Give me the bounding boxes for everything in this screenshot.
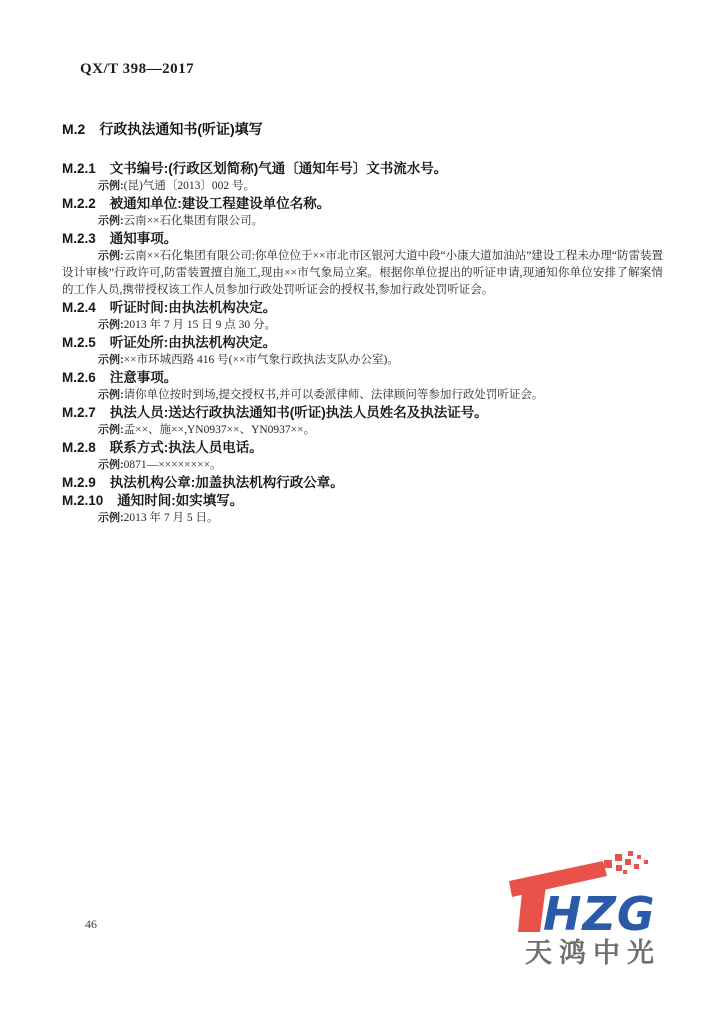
clause-number: M.2.2 bbox=[62, 196, 96, 211]
clause-number: M.2.8 bbox=[62, 440, 96, 455]
example-label: 示例: bbox=[98, 354, 124, 366]
example-text: 孟××、施××,YN0937××、YN0937××。 bbox=[124, 424, 315, 436]
clause-example: 示例:2013 年 7 月 15 日 9 点 30 分。 bbox=[62, 317, 663, 334]
clause-number: M.2.10 bbox=[62, 493, 103, 508]
clause-text: 执法人员:送达行政执法通知书(听证)执法人员姓名及执法证号。 bbox=[110, 405, 488, 420]
section-number: M.2 bbox=[62, 121, 85, 137]
clause-item: M.2.9执法机构公章:加盖执法机构行政公章。 bbox=[62, 474, 663, 492]
clause-text: 注意事项。 bbox=[110, 370, 178, 385]
clause-title: M.2.2被通知单位:建设工程建设单位名称。 bbox=[62, 195, 663, 213]
clause-list: M.2.1文书编号:(行政区划简称)气通〔通知年号〕文书流水号。 示例:(昆)气… bbox=[62, 160, 663, 527]
clause-title: M.2.3通知事项。 bbox=[62, 230, 663, 248]
clause-number: M.2.4 bbox=[62, 300, 96, 315]
clause-item: M.2.10通知时间:如实填写。 示例:2013 年 7 月 5 日。 bbox=[62, 492, 663, 527]
clause-example: 示例:云南××石化集团有限公司。 bbox=[62, 213, 663, 230]
section-heading: M.2行政执法通知书(听证)填写 bbox=[62, 119, 263, 139]
clause-item: M.2.2被通知单位:建设工程建设单位名称。 示例:云南××石化集团有限公司。 bbox=[62, 195, 663, 230]
standard-number-header: QX/T 398—2017 bbox=[80, 61, 194, 78]
clause-title: M.2.7执法人员:送达行政执法通知书(听证)执法人员姓名及执法证号。 bbox=[62, 404, 663, 422]
clause-title: M.2.5听证处所:由执法机构决定。 bbox=[62, 334, 663, 352]
example-text: 2013 年 7 月 5 日。 bbox=[124, 512, 219, 524]
clause-text: 执法机构公章:加盖执法机构行政公章。 bbox=[110, 475, 344, 490]
clause-example: 示例:孟××、施××,YN0937××、YN0937××。 bbox=[62, 422, 663, 439]
section-title: 行政执法通知书(听证)填写 bbox=[99, 121, 262, 137]
clause-title: M.2.1文书编号:(行政区划简称)气通〔通知年号〕文书流水号。 bbox=[62, 160, 663, 178]
example-text: 2013 年 7 月 15 日 9 点 30 分。 bbox=[124, 319, 276, 331]
page-number: 46 bbox=[85, 917, 97, 932]
clause-example: 示例:2013 年 7 月 5 日。 bbox=[62, 510, 663, 527]
clause-number: M.2.3 bbox=[62, 231, 96, 246]
clause-item: M.2.6注意事项。 示例:请你单位按时到场,提交授权书,并可以委派律师、法律顾… bbox=[62, 369, 663, 404]
clause-item: M.2.8联系方式:执法人员电话。 示例:0871—××××××××。 bbox=[62, 439, 663, 474]
example-label: 示例: bbox=[98, 424, 124, 436]
example-text: ××市环城西路 416 号(××市气象行政执法支队办公室)。 bbox=[124, 354, 399, 366]
clause-text: 文书编号:(行政区划简称)气通〔通知年号〕文书流水号。 bbox=[110, 161, 448, 176]
clause-example: 示例:(昆)气通〔2013〕002 号。 bbox=[62, 178, 663, 195]
clause-item: M.2.5听证处所:由执法机构决定。 示例:××市环城西路 416 号(××市气… bbox=[62, 334, 663, 369]
clause-title: M.2.6注意事项。 bbox=[62, 369, 663, 387]
clause-example: 示例:云南××石化集团有限公司:你单位位于××市北市区银河大道中段“小康大道加油… bbox=[62, 248, 663, 299]
clause-title: M.2.4听证时间:由执法机构决定。 bbox=[62, 299, 663, 317]
example-label: 示例: bbox=[98, 459, 124, 471]
clause-text: 听证处所:由执法机构决定。 bbox=[110, 335, 277, 350]
clause-number: M.2.5 bbox=[62, 335, 96, 350]
logo-acronym: HZG bbox=[543, 887, 656, 941]
example-label: 示例: bbox=[98, 180, 124, 192]
clause-example: 示例:××市环城西路 416 号(××市气象行政执法支队办公室)。 bbox=[62, 352, 663, 369]
clause-number: M.2.7 bbox=[62, 405, 96, 420]
clause-example: 示例:0871—××××××××。 bbox=[62, 457, 663, 474]
clause-example: 示例:请你单位按时到场,提交授权书,并可以委派律师、法律顾问等参加行政处罚听证会… bbox=[62, 387, 663, 404]
clause-text: 联系方式:执法人员电话。 bbox=[110, 440, 263, 455]
example-label: 示例: bbox=[98, 512, 124, 524]
example-text: 0871—××××××××。 bbox=[124, 459, 222, 471]
clause-text: 通知事项。 bbox=[110, 231, 178, 246]
clause-item: M.2.4听证时间:由执法机构决定。 示例:2013 年 7 月 15 日 9 … bbox=[62, 299, 663, 334]
example-label: 示例: bbox=[98, 215, 124, 227]
example-label: 示例: bbox=[98, 319, 124, 331]
clause-title: M.2.10通知时间:如实填写。 bbox=[62, 492, 663, 510]
clause-number: M.2.1 bbox=[62, 161, 96, 176]
example-text: 请你单位按时到场,提交授权书,并可以委派律师、法律顾问等参加行政处罚听证会。 bbox=[124, 389, 544, 401]
example-text: 云南××石化集团有限公司:你单位位于××市北市区银河大道中段“小康大道加油站”建… bbox=[62, 250, 663, 296]
clause-number: M.2.9 bbox=[62, 475, 96, 490]
clause-title: M.2.8联系方式:执法人员电话。 bbox=[62, 439, 663, 457]
clause-text: 通知时间:如实填写。 bbox=[117, 493, 243, 508]
clause-text: 听证时间:由执法机构决定。 bbox=[110, 300, 277, 315]
example-label: 示例: bbox=[98, 389, 124, 401]
clause-text: 被通知单位:建设工程建设单位名称。 bbox=[110, 196, 331, 211]
example-text: (昆)气通〔2013〕002 号。 bbox=[124, 180, 255, 192]
example-label: 示例: bbox=[98, 250, 124, 262]
clause-item: M.2.3通知事项。 示例:云南××石化集团有限公司:你单位位于××市北市区银河… bbox=[62, 230, 663, 299]
clause-item: M.2.1文书编号:(行政区划简称)气通〔通知年号〕文书流水号。 示例:(昆)气… bbox=[62, 160, 663, 195]
document-page: QX/T 398—2017 M.2行政执法通知书(听证)填写 M.2.1文书编号… bbox=[0, 0, 724, 1024]
example-text: 云南××石化集团有限公司。 bbox=[124, 215, 263, 227]
clause-title: M.2.9执法机构公章:加盖执法机构行政公章。 bbox=[62, 474, 663, 492]
logo-name: 天鸿中光 bbox=[525, 938, 661, 968]
clause-item: M.2.7执法人员:送达行政执法通知书(听证)执法人员姓名及执法证号。 示例:孟… bbox=[62, 404, 663, 439]
publisher-logo: HZG 天鸿中光 bbox=[503, 850, 675, 970]
clause-number: M.2.6 bbox=[62, 370, 96, 385]
